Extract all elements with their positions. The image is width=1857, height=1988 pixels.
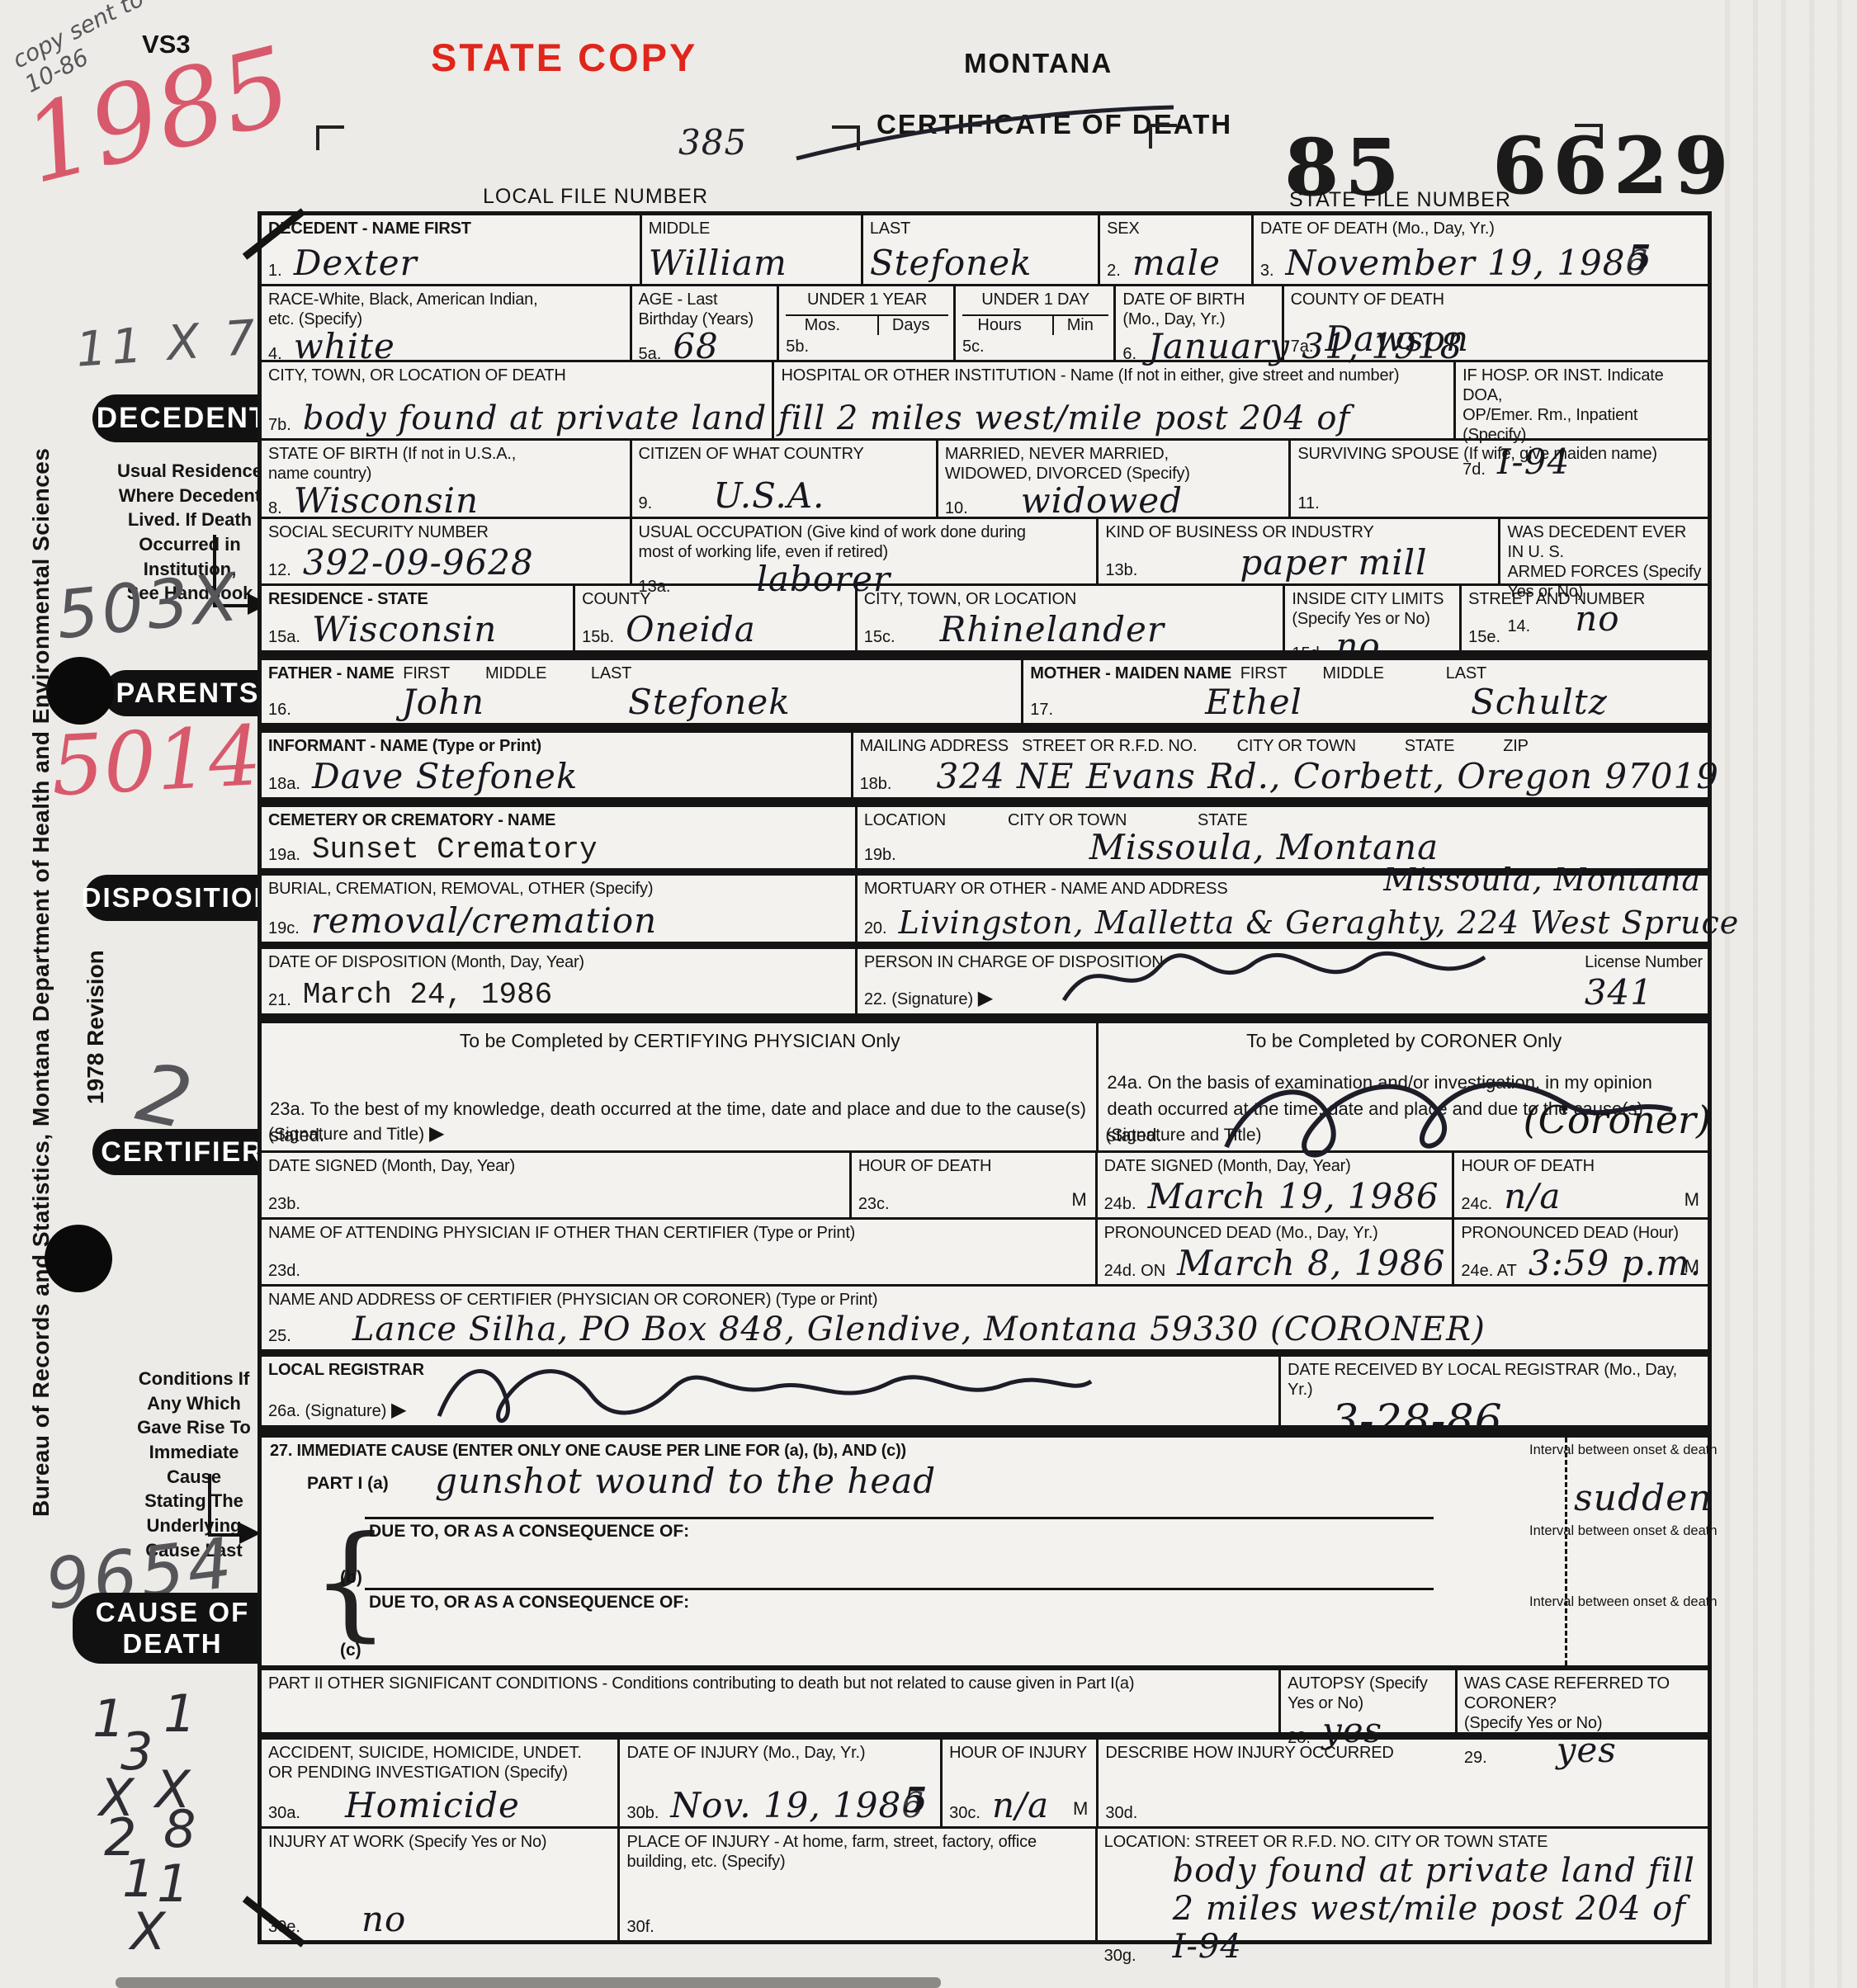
row-ssn-occupation: SOCIAL SECURITY NUMBER 12.392-09-9628 US… (262, 519, 1708, 586)
field-under-1-year: UNDER 1 YEAR Mos.Days 5b. (779, 286, 956, 360)
field-value: body found at private land fill 2 miles … (303, 402, 1350, 435)
field-value: Stefonek (628, 685, 791, 720)
tally-mark: 1 (163, 1683, 196, 1744)
row-date-signed: DATE SIGNED (Month, Day, Year) 23b. HOUR… (262, 1153, 1708, 1220)
section-divider (262, 725, 1708, 733)
field-value: n/a (992, 1788, 1049, 1823)
field-pronounced-dead-date: PRONOUNCED DEAD (Mo., Day, Yr.) 24d. ONM… (1098, 1220, 1455, 1284)
field-how-injury-occurred: DESCRIBE HOW INJURY OCCURRED 30d. (1099, 1740, 1708, 1826)
field-name-first: DECEDENT - NAME FIRST 1.Dexter (262, 215, 642, 284)
field-hour-of-death-coroner: HOUR OF DEATH 24c.n/a M (1454, 1153, 1708, 1217)
scan-edge-shadow (116, 1977, 941, 1988)
section-divider (262, 653, 1708, 660)
row-certifier-statements: To be Completed by CERTIFYING PHYSICIAN … (262, 1023, 1708, 1153)
row-place-of-death: CITY, TOWN, OR LOCATION OF DEATH 7b.body… (262, 362, 1708, 441)
field-referred-to-coroner: WAS CASE REFERRED TO CORONER? (Specify Y… (1458, 1670, 1708, 1732)
interval-a-value: sudden (1574, 1480, 1713, 1517)
tab-decedent: DECEDENT (92, 394, 272, 442)
cause-line-a (365, 1517, 1434, 1519)
tally-mark: X (130, 1901, 165, 1962)
state-copy-label: STATE COPY (431, 35, 697, 80)
field-attending-physician: NAME OF ATTENDING PHYSICIAN IF OTHER THA… (262, 1220, 1098, 1284)
field-autopsy: AUTOPSY (Specify Yes or No) 28.yes (1281, 1670, 1458, 1732)
field-armed-forces: WAS DECEDENT EVER IN U. S. ARMED FORCES … (1500, 519, 1708, 583)
section-divider (262, 1016, 1708, 1023)
field-value: John (402, 685, 484, 720)
row-manner-injury: ACCIDENT, SUICIDE, HOMICIDE, UNDET. OR P… (262, 1740, 1708, 1829)
field-place-of-injury: PLACE OF INJURY - At home, farm, street,… (620, 1829, 1097, 1940)
crop-mark (1575, 124, 1603, 149)
handwritten-503x: 503X (53, 559, 244, 654)
field-certifier-name-address: NAME AND ADDRESS OF CERTIFIER (PHYSICIAN… (262, 1287, 1708, 1349)
field-if-hosp: IF HOSP. OR INST. Indicate DOA, OP/Emer.… (1456, 362, 1708, 438)
field-race: RACE-White, Black, American Indian, etc.… (262, 286, 632, 360)
field-name-middle: MIDDLE William (642, 215, 863, 284)
field-citizen: CITIZEN OF WHAT COUNTRY 9.U.S.A. (632, 441, 938, 517)
field-occupation: USUAL OCCUPATION (Give kind of work done… (632, 519, 1099, 583)
signature-arrow-icon: ▶ (978, 987, 993, 1009)
field-marital-status: MARRIED, NEVER MARRIED, WIDOWED, DIVORCE… (938, 441, 1291, 517)
field-mortuary: MORTUARY OR OTHER - NAME AND ADDRESS Mis… (858, 876, 1708, 942)
bureau-vertical-text: Bureau of Records and Statistics, Montan… (28, 262, 54, 1517)
field-father-name: FATHER - NAME FIRST MIDDLE LAST 16.JohnS… (262, 660, 1023, 723)
field-residence-city: CITY, TOWN, OR LOCATION 15c.Rhinelander (858, 586, 1286, 650)
row-residence: RESIDENCE - STATE 15a.Wisconsin COUNTY 1… (262, 586, 1708, 653)
field-residence-county: COUNTY 15b.Oneida (575, 586, 858, 650)
field-state-of-birth: STATE OF BIRTH (If not in U.S.A., name c… (262, 441, 632, 517)
field-value: Ethel (1205, 685, 1302, 720)
cause-interval-column: Interval between onset & death sudden In… (1567, 1438, 1708, 1665)
coroner-note: (Coroner) (1524, 1098, 1711, 1142)
field-residence-state: RESIDENCE - STATE 15a.Wisconsin (262, 586, 575, 650)
field-value: Oneida (626, 612, 756, 647)
field-injury-at-work: INJURY AT WORK (Specify Yes or No) 30e.n… (262, 1829, 620, 1940)
coroner-block: To be Completed by CORONER Only 24a. On … (1099, 1023, 1708, 1150)
field-value: March 19, 1986 (1148, 1179, 1439, 1214)
field-date-signed-coroner: DATE SIGNED (Month, Day, Year) 24b.March… (1098, 1153, 1455, 1217)
field-date-of-death: DATE OF DEATH (Mo., Day, Yr.) 3.November… (1254, 215, 1708, 284)
field-value: male (1132, 246, 1221, 281)
field-value: Nov. 19, 19865 (670, 1788, 924, 1823)
row-birth-citizen-marital: STATE OF BIRTH (If not in U.S.A., name c… (262, 441, 1708, 519)
section-divider (262, 1428, 1708, 1438)
field-local-registrar-signature: LOCAL REGISTRAR 26a. (Signature) ▶ (262, 1357, 1281, 1425)
field-value: Dawson (1325, 322, 1469, 357)
tally-mark: 1 (122, 1849, 154, 1909)
field-value: body found at private land fill 2 miles … (1173, 1852, 1703, 1966)
hole-punch (46, 657, 114, 725)
row-cause-part1: 27. IMMEDIATE CAUSE (ENTER ONLY ONE CAUS… (262, 1438, 1708, 1668)
field-ssn: SOCIAL SECURITY NUMBER 12.392-09-9628 (262, 519, 632, 583)
tab-certifier: CERTIFIER (92, 1129, 272, 1175)
field-date-of-injury: DATE OF INJURY (Mo., Day, Yr.) 30b.Nov. … (620, 1740, 943, 1826)
field-value: Homicide (345, 1788, 520, 1823)
field-value: Rhinelander (940, 612, 1165, 647)
crop-mark (832, 125, 860, 150)
field-value: March 24, 1986 (303, 980, 552, 1010)
crop-mark (316, 125, 344, 150)
field-city-of-death: CITY, TOWN, OR LOCATION OF DEATH 7b.body… (262, 362, 772, 438)
field-mailing-address: MAILING ADDRESS STREET OR R.F.D. NO. CIT… (853, 733, 1708, 797)
field-value: November 19, 19865 (1286, 246, 1649, 281)
field-manner-of-death: ACCIDENT, SUICIDE, HOMICIDE, UNDET. OR P… (262, 1740, 620, 1826)
field-value: removal/cremation (311, 904, 657, 938)
state-file-number-stamp: 6629 (1492, 120, 1735, 211)
certifying-physician-block: To be Completed by CERTIFYING PHYSICIAN … (262, 1023, 1099, 1150)
row-certifier-name: NAME AND ADDRESS OF CERTIFIER (PHYSICIAN… (262, 1287, 1708, 1352)
license-number-value: 341 (1585, 975, 1653, 1010)
section-divider (262, 800, 1708, 807)
field-value: Schultz (1471, 685, 1608, 720)
field-value-extra: Missoula, Montana (1383, 864, 1701, 895)
field-value: n/a (1504, 1179, 1561, 1214)
row-disposition: DATE OF DISPOSITION (Month, Day, Year) 2… (262, 949, 1708, 1016)
field-sex: SEX 2.male (1100, 215, 1254, 284)
tab-disposition: DISPOSITION (84, 875, 272, 921)
field-label: DECEDENT - NAME FIRST (268, 219, 635, 238)
handwritten-dimensions: 11 X 7 (74, 309, 262, 377)
field-value: Wisconsin (294, 484, 479, 518)
row-parents: FATHER - NAME FIRST MIDDLE LAST 16.JohnS… (262, 660, 1708, 725)
field-injury-location: LOCATION: STREET OR R.F.D. NO. CITY OR T… (1098, 1829, 1708, 1940)
signature-arrow-icon: ▶ (391, 1399, 406, 1421)
field-value: Stefonek (870, 246, 1032, 281)
certificate-form: DECEDENT - NAME FIRST 1.Dexter MIDDLE Wi… (258, 211, 1712, 1944)
row-local-registrar: LOCAL REGISTRAR 26a. (Signature) ▶ DATE … (262, 1357, 1708, 1428)
field-value: William (649, 246, 787, 281)
field-date-of-birth: DATE OF BIRTH (Mo., Day, Yr.) 6.January … (1116, 286, 1283, 360)
local-file-number-label: LOCAL FILE NUMBER (483, 185, 708, 209)
field-disposition-person: PERSON IN CHARGE OF DISPOSITIONLicense N… (858, 949, 1708, 1013)
field-hour-of-death-physician: HOUR OF DEATH 23c. M (852, 1153, 1098, 1217)
field-surviving-spouse: SURVIVING SPOUSE (If wife, give maiden n… (1291, 441, 1708, 517)
field-cemetery-location: LOCATION CITY OR TOWN STATE 19b.Missoula… (858, 807, 1708, 868)
crop-mark (1149, 124, 1177, 149)
field-value: Wisconsin (312, 612, 497, 647)
row-pronounced-dead: NAME OF ATTENDING PHYSICIAN IF OTHER THA… (262, 1220, 1708, 1287)
row-burial-mortuary: BURIAL, CREMATION, REMOVAL, OTHER (Speci… (262, 876, 1708, 944)
field-informant-name: INFORMANT - NAME (Type or Print) 18a.Dav… (262, 733, 853, 797)
field-value: paper mill (1240, 545, 1427, 580)
field-county-of-death: COUNTY OF DEATH 7a.Dawson (1284, 286, 1708, 360)
field-cemetery-name: CEMETERY OR CREMATORY - NAME 19a.Sunset … (262, 807, 858, 868)
field-value: 3:59 p.m. (1529, 1246, 1702, 1281)
row-informant: INFORMANT - NAME (Type or Print) 18a.Dav… (262, 733, 1708, 800)
death-certificate-scan: STATE COPY MONTANA CERTIFICATE OF DEATH … (0, 0, 1857, 1988)
field-value: no (361, 1902, 406, 1937)
field-under-1-day: UNDER 1 DAY HoursMin 5c. (956, 286, 1116, 360)
field-date-signed-physician: DATE SIGNED (Month, Day, Year) 23b. (262, 1153, 852, 1217)
signature-arrow-icon: ▶ (429, 1122, 444, 1145)
field-value: Livingston, Malletta & Geraghty, 224 Wes… (899, 907, 1740, 938)
cause-line-b (365, 1588, 1434, 1590)
cause-a-value: gunshot wound to the head (435, 1464, 936, 1499)
field-pronounced-dead-hour: PRONOUNCED DEAD (Hour) 24e. AT3:59 p.m. … (1454, 1220, 1708, 1284)
hole-punch (45, 1225, 112, 1292)
field-age: AGE - Last Birthday (Years) 5a.68 (632, 286, 780, 360)
field-value: 68 (673, 329, 718, 364)
field-value: 324 NE Evans Rd., Corbett, Oregon 97019 (937, 759, 1719, 794)
state-file-number-label: STATE FILE NUMBER (1289, 188, 1511, 212)
tab-cause-of-death: CAUSE OF DEATH (73, 1593, 272, 1664)
field-value: Sunset Crematory (312, 835, 598, 865)
field-value: white (294, 329, 395, 364)
field-value: March 8, 1986 (1177, 1246, 1445, 1281)
field-value: Dexter (294, 246, 418, 281)
field-burial-type: BURIAL, CREMATION, REMOVAL, OTHER (Speci… (262, 876, 858, 942)
field-value: Dave Stefonek (312, 759, 578, 794)
field-industry: KIND OF BUSINESS OR INDUSTRY 13b.paper m… (1099, 519, 1500, 583)
field-part2-conditions: PART II OTHER SIGNIFICANT CONDITIONS - C… (262, 1670, 1281, 1732)
field-street-number: STREET AND NUMBER 15e. (1462, 586, 1708, 650)
row-decedent-name: DECEDENT - NAME FIRST 1.Dexter MIDDLE Wi… (262, 215, 1708, 286)
field-disposition-date: DATE OF DISPOSITION (Month, Day, Year) 2… (262, 949, 858, 1013)
field-value: U.S.A. (713, 479, 825, 513)
cause-part1-main: 27. IMMEDIATE CAUSE (ENTER ONLY ONE CAUS… (262, 1438, 1567, 1665)
row-race-age-birth: RACE-White, Black, American Indian, etc.… (262, 286, 1708, 362)
field-date-received: DATE RECEIVED BY LOCAL REGISTRAR (Mo., D… (1281, 1357, 1708, 1425)
row-injury-location: INJURY AT WORK (Specify Yes or No) 30e.n… (262, 1829, 1708, 1940)
tally-mark: 8 (163, 1799, 196, 1859)
state-name: MONTANA (964, 48, 1113, 79)
field-mother-name: MOTHER - MAIDEN NAME FIRST MIDDLE LAST 1… (1023, 660, 1708, 723)
local-file-number-value: 385 (678, 125, 747, 160)
field-value: Missoula, Montana (1089, 830, 1439, 865)
row-part2-autopsy: PART II OTHER SIGNIFICANT CONDITIONS - C… (262, 1668, 1708, 1735)
field-value: Lance Silha, PO Box 848, Glendive, Monta… (352, 1313, 1486, 1346)
field-value: 392-09-9628 (303, 545, 534, 580)
field-hour-of-injury: HOUR OF INJURY 30c.n/a M (943, 1740, 1099, 1826)
field-value: widowed (1021, 484, 1183, 518)
field-name-last: LAST Stefonek (863, 215, 1100, 284)
field-inside-city-limits: INSIDE CITY LIMITS (Specify Yes or No) 1… (1285, 586, 1462, 650)
